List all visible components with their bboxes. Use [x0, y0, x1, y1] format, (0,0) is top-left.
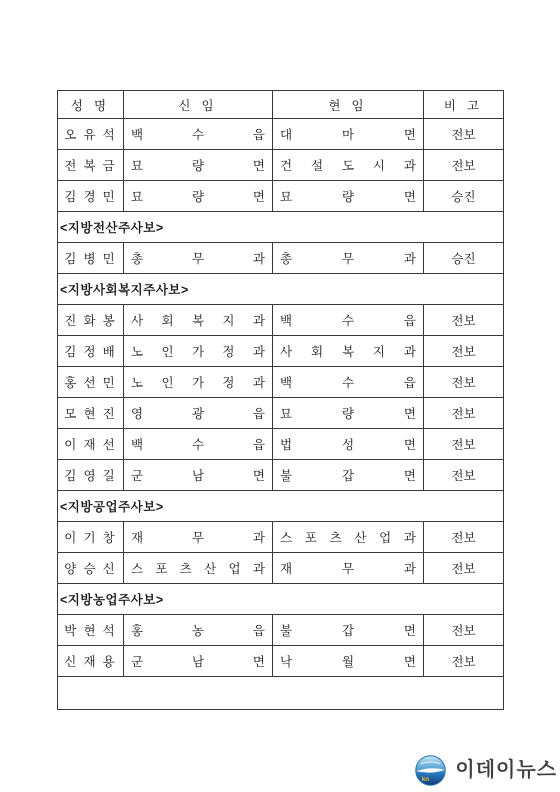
table-row: 홍 선 민 노 인 가 정 과 백 수 읍 전보 — [58, 367, 504, 398]
note-cell: 전보 — [424, 150, 504, 181]
note-cell: 승진 — [424, 181, 504, 212]
current-position-cell: 사 회 복 지 과 — [273, 336, 424, 367]
current-position-cell: 묘 량 면 — [273, 398, 424, 429]
table-row: 박 현 석 홍 농 읍 불 갑 면 전보 — [58, 615, 504, 646]
name-cell: 김 경 민 — [58, 181, 124, 212]
note-cell: 전보 — [424, 615, 504, 646]
name-cell: 오 유 석 — [58, 119, 124, 150]
current-position-cell: 백 수 읍 — [273, 305, 424, 336]
table-row: 진 화 봉 사 회 복 지 과 백 수 읍 전보 — [58, 305, 504, 336]
note-cell: 전보 — [424, 336, 504, 367]
table-header-row: 성 명 신 임 현 임 비 고 — [58, 91, 504, 119]
table-row: 김 정 배 노 인 가 정 과 사 회 복 지 과 전보 — [58, 336, 504, 367]
section-title: <지방전산주사보> — [58, 212, 504, 243]
note-cell: 전보 — [424, 522, 504, 553]
note-cell: 전보 — [424, 553, 504, 584]
table-row: 김 영 길 군 남 면 불 갑 면 전보 — [58, 460, 504, 491]
section-title: <지방공업주사보> — [58, 491, 504, 522]
current-position-cell: 묘 량 면 — [273, 181, 424, 212]
current-position-cell: 불 갑 면 — [273, 460, 424, 491]
current-position-cell: 총 무 과 — [273, 243, 424, 274]
col-header-new-position: 신 임 — [124, 91, 273, 119]
name-cell: 양 승 신 — [58, 553, 124, 584]
new-position-cell: 스 포 츠 산 업 과 — [124, 553, 273, 584]
table-row: 김 경 민 묘 량 면 묘 량 면 승진 — [58, 181, 504, 212]
note-cell: 전보 — [424, 460, 504, 491]
col-header-note: 비 고 — [424, 91, 504, 119]
name-cell: 박 현 석 — [58, 615, 124, 646]
current-position-cell: 스 포 츠 산 업 과 — [273, 522, 424, 553]
table-row: 이 재 선 백 수 읍 법 성 면 전보 — [58, 429, 504, 460]
name-cell: 전 복 금 — [58, 150, 124, 181]
note-cell: 전보 — [424, 398, 504, 429]
note-cell: 전보 — [424, 367, 504, 398]
section-title: <지방농업주사보> — [58, 584, 504, 615]
note-cell: 전보 — [424, 429, 504, 460]
new-position-cell: 영 광 읍 — [124, 398, 273, 429]
new-position-cell: 묘 량 면 — [124, 181, 273, 212]
table-row: 양 승 신 스 포 츠 산 업 과 재 무 과 전보 — [58, 553, 504, 584]
name-cell: 신 재 용 — [58, 646, 124, 677]
new-position-cell: 노 인 가 정 과 — [124, 336, 273, 367]
note-cell: 전보 — [424, 646, 504, 677]
svg-text:kn: kn — [422, 776, 429, 783]
name-cell: 진 화 봉 — [58, 305, 124, 336]
new-position-cell: 재 무 과 — [124, 522, 273, 553]
current-position-cell: 낙 월 면 — [273, 646, 424, 677]
note-cell: 전보 — [424, 119, 504, 150]
table-row: 신 재 용 군 남 면 낙 월 면 전보 — [58, 646, 504, 677]
table-row: 전 복 금 묘 량 면 건 설 도 시 과 전보 — [58, 150, 504, 181]
new-position-cell: 백 수 읍 — [124, 119, 273, 150]
personnel-transfer-table: 성 명 신 임 현 임 비 고 오 유 석 백 수 읍 대 마 면 전보 전 복… — [57, 90, 504, 710]
section-row: <지방공업주사보> — [58, 491, 504, 522]
new-position-cell: 노 인 가 정 과 — [124, 367, 273, 398]
current-position-cell: 건 설 도 시 과 — [273, 150, 424, 181]
section-row: <지방농업주사보> — [58, 584, 504, 615]
table-row: 이 기 창 재 무 과 스 포 츠 산 업 과 전보 — [58, 522, 504, 553]
col-header-current-position: 현 임 — [273, 91, 424, 119]
new-position-cell: 백 수 읍 — [124, 429, 273, 460]
section-row: <지방사회복지주사보> — [58, 274, 504, 305]
new-position-cell: 총 무 과 — [124, 243, 273, 274]
section-title: <지방사회복지주사보> — [58, 274, 504, 305]
current-position-cell: 대 마 면 — [273, 119, 424, 150]
empty-cell — [58, 677, 504, 710]
new-position-cell: 묘 량 면 — [124, 150, 273, 181]
globe-icon: kn — [415, 755, 446, 786]
new-position-cell: 군 남 면 — [124, 646, 273, 677]
table-row: 모 현 진 영 광 읍 묘 량 면 전보 — [58, 398, 504, 429]
current-position-cell: 법 성 면 — [273, 429, 424, 460]
table-row: 김 병 민 총 무 과 총 무 과 승진 — [58, 243, 504, 274]
name-cell: 김 병 민 — [58, 243, 124, 274]
empty-row — [58, 677, 504, 710]
note-cell: 승진 — [424, 243, 504, 274]
name-cell: 홍 선 민 — [58, 367, 124, 398]
site-logo: kn 이데이뉴스 — [415, 755, 557, 786]
table-row: 오 유 석 백 수 읍 대 마 면 전보 — [58, 119, 504, 150]
new-position-cell: 사 회 복 지 과 — [124, 305, 273, 336]
name-cell: 김 영 길 — [58, 460, 124, 491]
name-cell: 김 정 배 — [58, 336, 124, 367]
section-row: <지방전산주사보> — [58, 212, 504, 243]
current-position-cell: 불 갑 면 — [273, 615, 424, 646]
new-position-cell: 홍 농 읍 — [124, 615, 273, 646]
note-cell: 전보 — [424, 305, 504, 336]
name-cell: 모 현 진 — [58, 398, 124, 429]
name-cell: 이 재 선 — [58, 429, 124, 460]
col-header-name: 성 명 — [58, 91, 124, 119]
new-position-cell: 군 남 면 — [124, 460, 273, 491]
current-position-cell: 백 수 읍 — [273, 367, 424, 398]
name-cell: 이 기 창 — [58, 522, 124, 553]
site-logo-text: 이데이뉴스 — [455, 755, 557, 786]
current-position-cell: 재 무 과 — [273, 553, 424, 584]
